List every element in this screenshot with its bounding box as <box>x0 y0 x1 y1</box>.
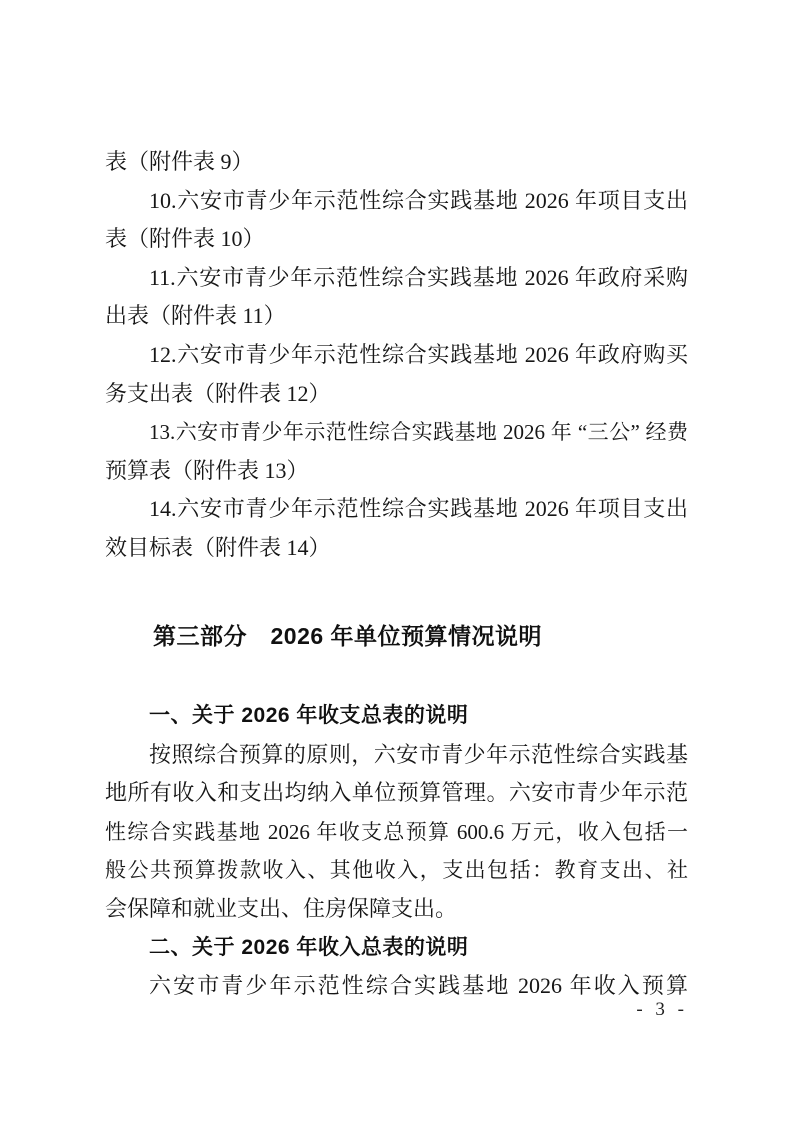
attachment-list-line: 出表（附件表 11） <box>105 297 688 336</box>
attachment-list-line: 12.六安市青少年示范性综合实践基地 2026 年政府购买服 <box>105 336 688 375</box>
attachment-list: 表（附件表 9） 10.六安市青少年示范性综合实践基地 2026 年项目支出总 … <box>105 143 688 568</box>
section-body: 一、关于 2026 年收支总表的说明 按照综合预算的原则，六安市青少年示范性综合… <box>105 697 688 1006</box>
attachment-list-line: 11.六安市青少年示范性综合实践基地 2026 年政府采购支 <box>105 259 688 298</box>
section-heading-block: 第三部分 2026 年单位预算情况说明 <box>105 616 688 656</box>
attachment-list-line: 务支出表（附件表 12） <box>105 375 688 414</box>
paragraph-line: 六安市青少年示范性综合实践基地 2026 年收入预算 <box>105 967 688 1006</box>
subsection-2-heading: 二、关于 2026 年收入总表的说明 <box>105 929 688 968</box>
paragraph-line: 性综合实践基地 2026 年收支总预算 600.6 万元，收入包括一 <box>105 813 688 852</box>
paragraph-line: 按照综合预算的原则，六安市青少年示范性综合实践基 <box>105 736 688 775</box>
attachment-list-line: 表（附件表 10） <box>105 220 688 259</box>
attachment-list-line: 13.六安市青少年示范性综合实践基地 2026 年 “三公” 经费支出 <box>105 413 688 452</box>
paragraph-line: 般公共预算拨款收入、其他收入，支出包括：教育支出、社 <box>105 851 688 890</box>
paragraph-line: 会保障和就业支出、住房保障支出。 <box>105 890 688 929</box>
attachment-list-line: 效目标表（附件表 14） <box>105 529 688 568</box>
paragraph-line: 地所有收入和支出均纳入单位预算管理。六安市青少年示范 <box>105 774 688 813</box>
document-page: 表（附件表 9） 10.六安市青少年示范性综合实践基地 2026 年项目支出总 … <box>0 0 793 1122</box>
attachment-list-line: 14.六安市青少年示范性综合实践基地 2026 年项目支出绩 <box>105 490 688 529</box>
subsection-1-heading: 一、关于 2026 年收支总表的说明 <box>105 697 688 736</box>
attachment-list-line: 预算表（附件表 13） <box>105 452 688 491</box>
page-number: - 3 - <box>636 998 688 1022</box>
attachment-list-line: 表（附件表 9） <box>105 143 688 182</box>
attachment-list-line: 10.六安市青少年示范性综合实践基地 2026 年项目支出总 <box>105 182 688 221</box>
section-heading: 第三部分 2026 年单位预算情况说明 <box>105 616 688 656</box>
